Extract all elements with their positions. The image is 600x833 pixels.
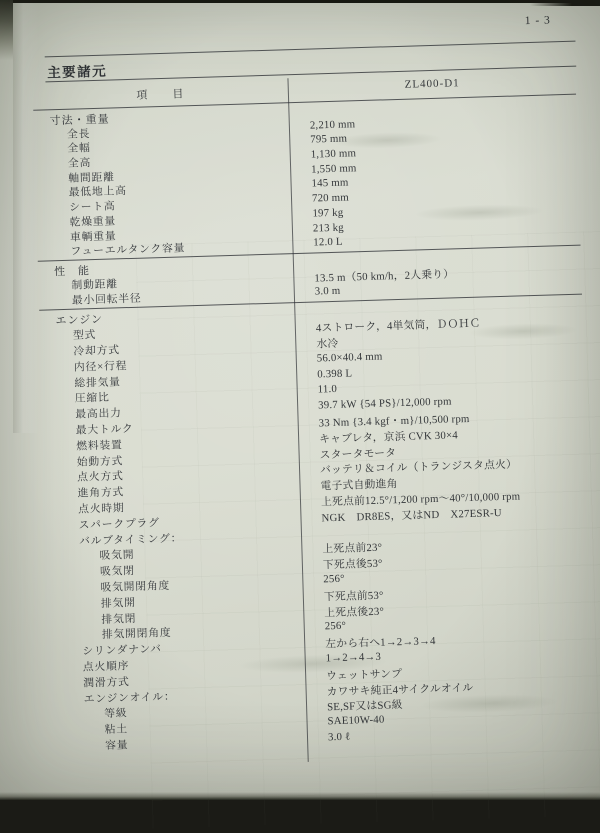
spec-value: 3.0 m bbox=[315, 285, 341, 298]
spec-label: 容量 bbox=[52, 737, 129, 754]
spec-value: 2,210 mm bbox=[310, 118, 356, 131]
table-header-item-column: 項 目 bbox=[33, 82, 288, 106]
book-page-seam bbox=[13, 3, 39, 433]
page-corner-top-right bbox=[530, 0, 600, 6]
page-title: 主要諸元 bbox=[47, 60, 108, 82]
page-number: 1 - 3 bbox=[525, 14, 551, 27]
page-corner-top-left bbox=[0, 0, 13, 60]
spec-value: 256° bbox=[323, 573, 345, 586]
spec-value: 12.0 L bbox=[313, 236, 343, 249]
spec-value: SAE10W-40 bbox=[327, 714, 384, 728]
spec-value: 1,130 mm bbox=[311, 147, 357, 160]
spec-value: 3.0 ℓ bbox=[328, 731, 351, 744]
spec-value: 11.0 bbox=[318, 383, 338, 396]
spec-value: 0.398 L bbox=[317, 367, 352, 380]
manual-page: 1 - 3 主要諸元 項 目 ZL400-D1 寸法・重量全長2,210 mm全… bbox=[0, 0, 600, 800]
spec-value: 39.7 kW {54 PS}/12,000 rpm bbox=[318, 396, 452, 412]
spec-value: 256° bbox=[325, 620, 347, 633]
spec-value: 145 mm bbox=[311, 177, 348, 190]
spec-label: 最小回転半径 bbox=[39, 291, 142, 309]
spec-value: 56.0×40.4 mm bbox=[317, 350, 383, 364]
spec-value: 1→2→4→3 bbox=[325, 651, 381, 665]
spec-value: 水冷 bbox=[316, 336, 338, 352]
spec-table: 項 目 ZL400-D1 寸法・重量全長2,210 mm全幅795 mm全高1,… bbox=[33, 70, 596, 757]
page-edge-bottom bbox=[0, 792, 600, 800]
spec-value: 720 mm bbox=[312, 192, 349, 205]
spec-section: エンジン型式4ストローク，4単気筒，ＤＯＨＣ冷却方式水冷内径×行程56.0×40… bbox=[39, 294, 595, 756]
spec-section: 寸法・重量全長2,210 mm全幅795 mm全高1,130 mm軸間距離1,5… bbox=[33, 95, 580, 261]
title-rule-top bbox=[45, 41, 576, 58]
spec-value: 213 kg bbox=[313, 221, 344, 234]
scanned-page-photo: 1 - 3 主要諸元 項 目 ZL400-D1 寸法・重量全長2,210 mm全… bbox=[0, 0, 600, 800]
spec-value: 795 mm bbox=[310, 133, 347, 146]
spec-value: 1,550 mm bbox=[311, 162, 357, 175]
spec-table-body: 寸法・重量全長2,210 mm全幅795 mm全高1,130 mm軸間距離1,5… bbox=[33, 95, 595, 757]
spec-value: 197 kg bbox=[312, 206, 343, 219]
table-header-model-column: ZL400-D1 bbox=[289, 74, 576, 95]
page-edge-top bbox=[0, 0, 600, 3]
